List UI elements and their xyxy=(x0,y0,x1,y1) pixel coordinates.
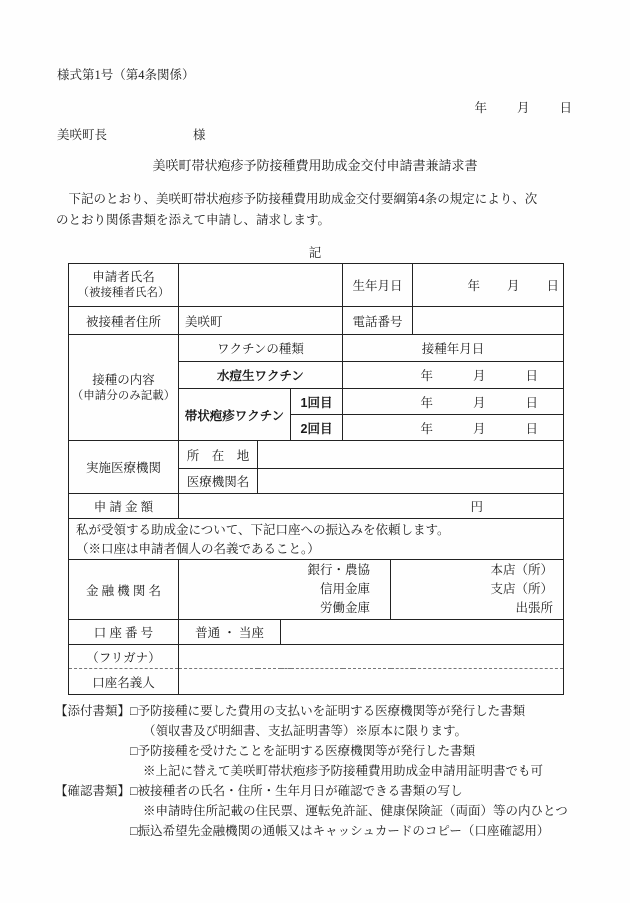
dose1-day-unit: 日 xyxy=(526,393,539,411)
row-amount: 申 請 金 額 円 xyxy=(69,494,564,519)
applicant-name-label-cell: 申請者氏名 （被接種者氏名） xyxy=(69,264,179,307)
varicella-vaccine-label: 水痘生ワクチン xyxy=(179,362,343,389)
row-bank: 金 融 機 関 名 銀行・農協 信用金庫 労働金庫 本店（所） 支店（所） 出張… xyxy=(69,560,564,620)
phone-label: 電話番号 xyxy=(343,307,413,335)
inoculation-label: 接種の内容 xyxy=(69,372,178,388)
amount-field: 円 xyxy=(179,494,564,519)
attachment-line-4: ※上記に替えて美咲町帯状疱疹予防接種費用助成金申請用証明書でも可 xyxy=(0,761,630,781)
branch-name-field: 本店（所） 支店（所） 出張所 xyxy=(391,560,564,620)
furigana-label: （フリガナ） xyxy=(69,645,179,669)
yen-unit: 円 xyxy=(471,500,484,514)
inoculation-label-cell: 接種の内容 （申請分のみ記載） xyxy=(69,335,179,441)
row-account-number: 口 座 番 号 普通 ・ 当座 xyxy=(69,620,564,645)
row-vaccine-header: 接種の内容 （申請分のみ記載） ワクチンの種類 接種年月日 xyxy=(69,335,564,362)
bank-type-option-2: 信用金庫 xyxy=(179,580,370,599)
birth-year-unit: 年 xyxy=(467,276,480,294)
addressee-honorific: 様 xyxy=(193,128,206,142)
applicant-name-label: 申請者氏名 xyxy=(69,269,178,285)
branch-type-option-1: 本店（所） xyxy=(391,561,553,580)
attachment-line-2: （領収書及び明細書、支払証明書等）※原本に限ります。 xyxy=(0,721,630,741)
header-date-day: 日 xyxy=(559,98,572,116)
attachment-line-3: □予防接種を受けたことを証明する医療機関等が発行した書類 xyxy=(0,741,630,761)
dose1-label: 1回目 xyxy=(291,389,343,415)
applicant-name-field xyxy=(179,264,343,307)
address-field: 美咲町 xyxy=(179,307,343,335)
addressee-line: 美咲町長様 xyxy=(57,125,206,143)
form-number: 様式第1号（第4条関係） xyxy=(57,65,195,83)
confirmation-line-3: □振込希望先金融機関の通帳又はキャッシュカードのコピー（口座確認用） xyxy=(0,821,630,841)
phone-field xyxy=(413,307,564,335)
birth-date-field: 年 月 日 xyxy=(413,264,564,307)
transfer-request-line2: （※口座は申請者個人の名義であること。） xyxy=(76,540,559,559)
addressee-name: 美咲町長 xyxy=(57,128,107,142)
checkbox-icon: □ xyxy=(130,704,138,718)
document-page: 様式第1号（第4条関係） 年 月 日 美咲町長様 美咲町帯状疱疹予防接種費用助成… xyxy=(0,0,630,903)
branch-type-option-2: 支店（所） xyxy=(391,580,553,599)
clinic-address-label: 所 在 地 xyxy=(179,441,258,469)
confirmation-item-2: 振込希望先金融機関の通帳又はキャッシュカードのコピー（口座確認用） xyxy=(138,824,550,838)
attachment-note-2: ※上記に替えて美咲町帯状疱疹予防接種費用助成金申請用証明書でも可 xyxy=(143,764,543,778)
transfer-request-cell: 私が受領する助成金について、下記口座への振込みを依頼します。 （※口座は申請者個… xyxy=(69,519,564,560)
row-applicant-name: 申請者氏名 （被接種者氏名） 生年月日 年 月 日 xyxy=(69,264,564,307)
account-holder-field xyxy=(179,669,564,695)
checkbox-icon: □ xyxy=(130,744,138,758)
bank-type-option-1: 銀行・農協 xyxy=(179,561,370,580)
row-transfer-request: 私が受領する助成金について、下記口座への振込みを依頼します。 （※口座は申請者個… xyxy=(69,519,564,560)
branch-type-option-3: 出張所 xyxy=(391,599,553,618)
dose2-year-unit: 年 xyxy=(420,419,433,437)
varicella-date-field: 年 月 日 xyxy=(343,362,564,389)
transfer-request-line1: 私が受領する助成金について、下記口座への振込みを依頼します。 xyxy=(76,521,559,540)
row-account-holder: 口座名義人 xyxy=(69,669,564,695)
confirmation-line-1: 【確認書類】□被接種者の氏名・住所・生年月日が確認できる書類の写し xyxy=(0,781,630,801)
attachment-item-2: 予防接種を受けたことを証明する医療機関等が発行した書類 xyxy=(138,744,476,758)
confirmation-docs-label: 【確認書類】 xyxy=(55,784,130,798)
checkbox-icon: □ xyxy=(130,784,138,798)
clinic-label: 実施医療機関 xyxy=(69,441,179,494)
attachment-item-1: 予防接種に要した費用の支払いを証明する医療機関等が発行した書類 xyxy=(138,704,526,718)
intro-paragraph: 下記のとおり、美咲町帯状疱疹予防接種費用助成金交付要綱第4条の規定により、次のと… xyxy=(56,189,548,231)
row-clinic-address: 実施医療機関 所 在 地 xyxy=(69,441,564,469)
dose1-date-field: 年 月 日 xyxy=(343,389,564,415)
dose1-year-unit: 年 xyxy=(420,393,433,411)
dose2-label: 2回目 xyxy=(291,415,343,441)
document-title: 美咲町帯状疱疹予防接種費用助成金交付申請書兼請求書 xyxy=(0,155,630,174)
amount-label: 申 請 金 額 xyxy=(69,494,179,519)
checkbox-icon: □ xyxy=(130,824,138,838)
attachment-note-1: （領収書及び明細書、支払証明書等）※原本に限ります。 xyxy=(143,724,467,738)
address-label: 被接種者住所 xyxy=(69,307,179,335)
applicant-name-sublabel: （被接種者氏名） xyxy=(69,285,178,301)
birth-date-label: 生年月日 xyxy=(343,264,413,307)
confirmation-note-1: ※申請時住所記載の住民票、運転免許証、健康保険証（両面）等の内ひとつ xyxy=(143,804,568,818)
header-date-year: 年 xyxy=(474,98,487,116)
row-address: 被接種者住所 美咲町 電話番号 xyxy=(69,307,564,335)
row-furigana: （フリガナ） xyxy=(69,645,564,669)
confirmation-line-2: ※申請時住所記載の住民票、運転免許証、健康保険証（両面）等の内ひとつ xyxy=(0,801,630,821)
clinic-name-label: 医療機関名 xyxy=(179,469,258,494)
varicella-year-unit: 年 xyxy=(420,366,433,384)
inoculation-date-header: 接種年月日 xyxy=(343,335,564,362)
ki-marker: 記 xyxy=(0,243,630,261)
dose2-month-unit: 月 xyxy=(473,419,486,437)
clinic-name-field xyxy=(258,469,564,494)
varicella-day-unit: 日 xyxy=(526,366,539,384)
attachment-docs-label: 【添付書類】 xyxy=(55,704,130,718)
shingles-vaccine-label: 帯状疱疹ワクチン xyxy=(179,389,291,441)
header-date-month: 月 xyxy=(517,98,530,116)
dose1-month-unit: 月 xyxy=(473,393,486,411)
bank-label: 金 融 機 関 名 xyxy=(69,560,179,620)
bank-type-option-3: 労働金庫 xyxy=(179,599,370,618)
notes-section: 【添付書類】□予防接種に要した費用の支払いを証明する医療機関等が発行した書類 （… xyxy=(0,701,630,841)
confirmation-item-1: 被接種者の氏名・住所・生年月日が確認できる書類の写し xyxy=(138,784,463,798)
attachment-line-1: 【添付書類】□予防接種に要した費用の支払いを証明する医療機関等が発行した書類 xyxy=(0,701,630,721)
clinic-address-field xyxy=(258,441,564,469)
birth-day-unit: 日 xyxy=(547,276,560,294)
form-table: 申請者氏名 （被接種者氏名） 生年月日 年 月 日 被接種者住所 美咲町 電話番… xyxy=(68,263,564,695)
account-number-field xyxy=(281,620,564,645)
vaccine-type-header: ワクチンの種類 xyxy=(179,335,343,362)
account-type-options: 普通 ・ 当座 xyxy=(179,620,281,645)
varicella-month-unit: 月 xyxy=(473,366,486,384)
birth-month-unit: 月 xyxy=(507,276,520,294)
bank-name-field: 銀行・農協 信用金庫 労働金庫 xyxy=(179,560,391,620)
header-date-line: 年 月 日 xyxy=(0,98,572,116)
account-number-label: 口 座 番 号 xyxy=(69,620,179,645)
furigana-field xyxy=(179,645,564,669)
account-holder-label: 口座名義人 xyxy=(69,669,179,695)
inoculation-sublabel: （申請分のみ記載） xyxy=(69,388,178,404)
dose2-day-unit: 日 xyxy=(526,419,539,437)
dose2-date-field: 年 月 日 xyxy=(343,415,564,441)
